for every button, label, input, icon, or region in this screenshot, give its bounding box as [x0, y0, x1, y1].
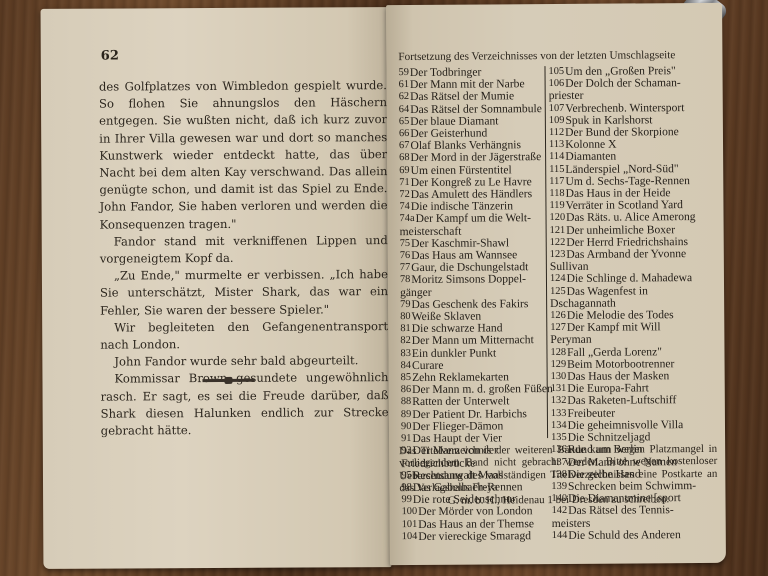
volume-number: 144 [552, 530, 568, 542]
volume-number: 83 [400, 348, 410, 360]
volume-title: Die Schuld des Anderen [568, 529, 680, 542]
catalog-entry: 132Das Raketen-Luftschiff [551, 394, 711, 407]
volume-number: 131 [551, 383, 567, 395]
volume-number: 130 [551, 371, 567, 383]
catalog-entry: 74aDer Kampf um die Welt-meisterschaft [400, 212, 550, 237]
volume-title: Das Raketen-Luftschiff [567, 395, 676, 408]
volume-number: 119 [549, 200, 564, 212]
volume-number: 121 [550, 225, 566, 237]
volume-number: 85 [401, 372, 411, 384]
volume-number: 135 [551, 432, 567, 444]
volume-title-continued: Peryman [550, 333, 591, 346]
catalog-entry: 104Der viereckige Smaragd [402, 530, 552, 543]
paragraph: Fandor stand mit verkniffenen Lippen und… [100, 232, 388, 268]
volume-number: 65 [399, 116, 409, 128]
volume-number: 88 [401, 396, 411, 408]
volume-number: 76 [400, 250, 410, 262]
volume-number: 79 [400, 299, 410, 311]
volume-number: 113 [549, 139, 564, 151]
volume-number: 66 [399, 128, 409, 140]
volume-number: 80 [400, 311, 410, 323]
right-page: Fortsetzung des Verzeichnisses von der l… [386, 3, 726, 565]
volume-number: 71 [399, 177, 409, 189]
volume-number: 132 [551, 395, 567, 407]
volume-number: 104 [402, 531, 418, 543]
end-ornament [202, 379, 254, 382]
volume-number: 109 [549, 115, 565, 127]
volume-number: 114 [549, 151, 564, 163]
publisher-address: G. m. b. H., Heidenau 1 bei Dresden zu s… [399, 493, 717, 508]
volume-number: 81 [400, 323, 410, 335]
paragraph: „Zu Ende," murmelte er verbissen. „Ich h… [100, 266, 388, 319]
volume-number: 133 [551, 408, 567, 420]
volume-title-continued: priester [549, 89, 584, 102]
volume-number: 122 [550, 237, 566, 249]
volume-number: 118 [549, 188, 564, 200]
volume-number: 117 [549, 176, 564, 188]
volume-number: 124 [550, 273, 566, 285]
catalog-entry: 144Die Schuld des Anderen [552, 529, 712, 542]
volume-number: 86 [401, 384, 411, 396]
page-number: 62 [101, 49, 119, 64]
paragraph: Wir begleiteten den Gefangenentransport … [100, 318, 388, 354]
volume-number: 107 [549, 103, 565, 115]
catalog-entry: 142Das Rätsel des Tennis-meisters [552, 504, 712, 530]
volume-number: 100 [402, 506, 418, 518]
catalog-entry: 125Das Wagenfest inDschagannath [550, 285, 710, 311]
paragraph: des Golfplatzes von Wimbledon gespielt w… [99, 77, 388, 233]
volume-number: 120 [550, 212, 566, 224]
volume-number: 129 [551, 359, 567, 371]
catalog-column-right: 105Um den „Großen Preis"106Der Dolch der… [544, 65, 711, 438]
note-text: Das Titelverzeichnis der weiteren Bände … [399, 443, 717, 495]
volume-number: 126 [550, 310, 566, 322]
volume-number: 105 [548, 66, 564, 78]
volume-number: 89 [401, 409, 411, 421]
volume-number: 112 [549, 127, 564, 139]
volume-title-continued: meisters [552, 516, 591, 529]
volume-number: 68 [399, 152, 409, 164]
volume-number: 134 [551, 420, 567, 432]
volume-number: 67 [399, 140, 409, 152]
volume-number: 91 [401, 433, 411, 445]
volume-number: 64 [399, 104, 409, 116]
volume-number: 61 [399, 79, 409, 91]
volume-number: 82 [400, 335, 410, 347]
catalog-entry: 123Das Armband der YvonneSullivan [550, 248, 710, 274]
catalog-heading: Fortsetzung des Verzeichnisses von der l… [398, 49, 718, 63]
volume-number: 90 [401, 421, 411, 433]
volume-number: 77 [400, 262, 410, 274]
volume-number: 84 [401, 360, 411, 372]
volume-number: 59 [398, 67, 408, 79]
volume-title-continued: meisterschaft [400, 224, 462, 237]
volume-number: 75 [400, 238, 410, 250]
catalog-entry: 78Moritz Simsons Doppel-gänger [400, 273, 550, 298]
publisher-note: Das Titelverzeichnis der weiteren Bände … [399, 443, 717, 507]
volume-number: 62 [399, 91, 409, 103]
volume-number: 101 [402, 518, 418, 530]
volume-number: 128 [550, 347, 566, 359]
paragraph: John Fandor wurde sehr bald abgeurteilt. [100, 352, 388, 371]
volume-title: Der viereckige Smaragd [418, 530, 531, 543]
volume-number: 72 [399, 189, 409, 201]
catalog-entry: 127Der Kampf mit WillPeryman [550, 321, 710, 347]
catalog-entry: 106Der Dolch der Schaman-priester [549, 77, 709, 103]
volume-title-continued: gänger [400, 286, 432, 299]
volume-number: 115 [549, 164, 564, 176]
left-page: 62 des Golfplatzes von Wimbledon gespiel… [41, 7, 392, 569]
volume-number: 74 [399, 201, 409, 213]
story-text: des Golfplatzes von Wimbledon gespielt w… [99, 77, 389, 440]
volume-number: 69 [399, 165, 409, 177]
